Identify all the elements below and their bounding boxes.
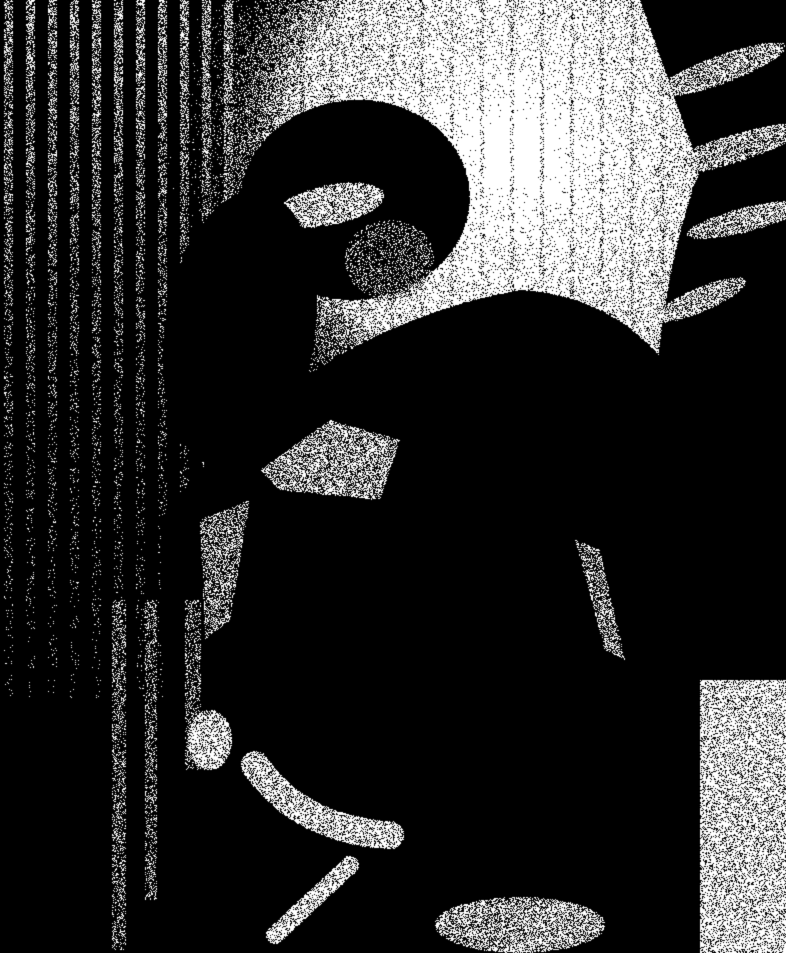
photo-canvas <box>0 0 786 953</box>
dithered-photograph: High-contrast dithered black-and-white p… <box>0 0 786 953</box>
